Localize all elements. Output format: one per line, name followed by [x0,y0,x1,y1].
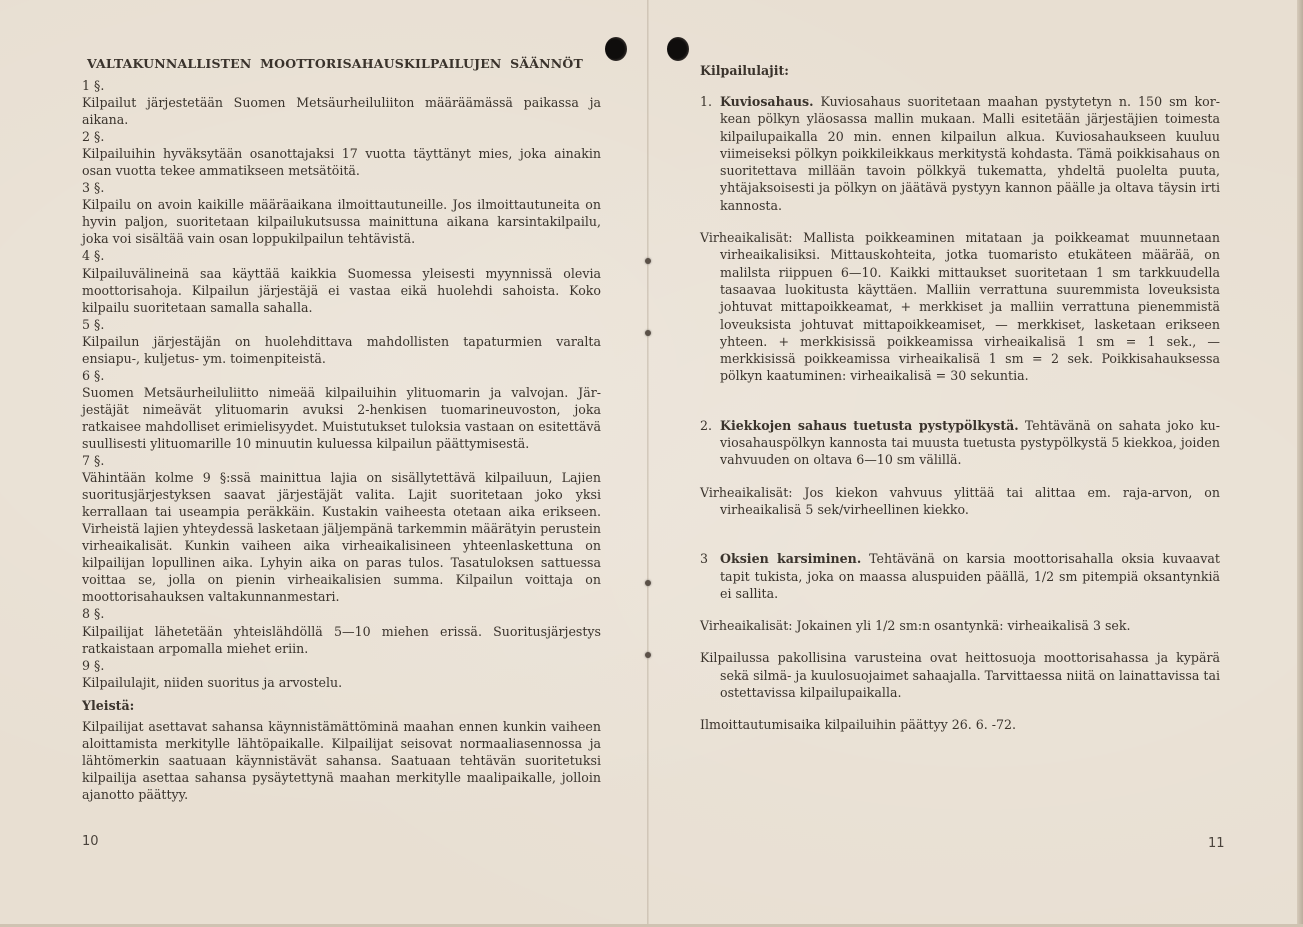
section-text: Suomen Metsäurheiluliitto nimeää kilpail… [82,384,601,452]
section-text: Kilpailulajit, niiden suoritus ja arvost… [82,674,601,691]
right-page: Kilpailulajit: 1. Kuviosahaus. Kuviosaha… [700,0,1220,927]
section-number: 4 §. [82,247,601,264]
event-description: Kuviosahaus suoritetaan maahan pystytety… [720,94,1220,213]
section-number: 9 §. [82,657,601,674]
section-text: Kilpailun järjestäjän on huolehdittava m… [82,333,601,367]
event-number: 2. [700,417,712,434]
punch-hole-icon [667,37,689,61]
page-title: VALTAKUNNALLISTEN MOOTTORISAHAUSKILPAILU… [82,56,588,71]
event-number: 3 [700,550,708,567]
section-number: 6 §. [82,367,601,384]
events-heading: Kilpailulajit: [700,63,789,78]
page-number: 11 [1208,836,1225,851]
event-item: 1. Kuviosahaus. Kuviosahaus suoritetaan … [700,93,1220,214]
section-text: Vähintään kolme 9 §:ssä mainittua lajia … [82,469,601,605]
event-name: Kiekkojen sahaus tuetusta pystypölkystä. [720,418,1019,433]
events-body: 1. Kuviosahaus. Kuviosahaus suoritetaan … [700,93,1220,734]
rules-body: 1 §. Kilpailut järjestetään Suomen Metsä… [82,77,601,803]
event-penalty: Virheaikalisät: Jos kiekon vahvuus ylitt… [700,484,1220,519]
equipment-note: Kilpailussa pakollisina varusteina ovat … [700,649,1220,701]
section-text: Kilpailuihin hyväksytään osanottajaksi 1… [82,145,601,179]
staple-mark [645,258,651,264]
section-number: 5 §. [82,316,601,333]
section-number: 2 §. [82,128,601,145]
general-heading: Yleistä: [82,697,601,714]
event-number: 1. [700,93,712,110]
staple-mark [645,580,651,586]
booklet-spread: VALTAKUNNALLISTEN MOOTTORISAHAUSKILPAILU… [0,0,1303,927]
page-edge [1297,0,1303,927]
page-number: 10 [82,834,99,849]
section-text: Kilpailu on avoin kaikille määräaikana i… [82,196,601,247]
event-name: Oksien karsiminen. [720,551,861,566]
section-number: 3 §. [82,179,601,196]
section-number: 1 §. [82,77,601,94]
gutter-fold [647,0,649,927]
staple-mark [645,652,651,658]
section-text: Kilpailut järjestetään Suomen Metsäurhei… [82,94,601,128]
staple-mark [645,330,651,336]
section-text: Kilpailuvälineinä saa käyttää kaikkia Su… [82,265,601,316]
punch-hole-icon [605,37,627,61]
general-text: Kilpailijat asettavat sahansa käynnistäm… [82,718,601,803]
event-name: Kuviosahaus. [720,94,814,109]
section-number: 8 §. [82,605,601,622]
event-item: 3 Oksien karsiminen. Tehtävänä on karsia… [700,550,1220,602]
section-text: Kilpailijat lähetetään yhteislähdöllä 5—… [82,623,601,657]
section-number: 7 §. [82,452,601,469]
event-penalty: Virheaikalisät: Jokainen yli 1/2 sm:n os… [700,617,1220,634]
event-penalty: Virheaikalisät: Mallista poikkeaminen mi… [700,229,1220,385]
registration-deadline: Ilmoittautumisaika kilpailuihin päättyy … [700,716,1220,733]
event-item: 2. Kiekkojen sahaus tuetusta pystypölkys… [700,417,1220,469]
left-page: VALTAKUNNALLISTEN MOOTTORISAHAUSKILPAILU… [82,0,602,927]
